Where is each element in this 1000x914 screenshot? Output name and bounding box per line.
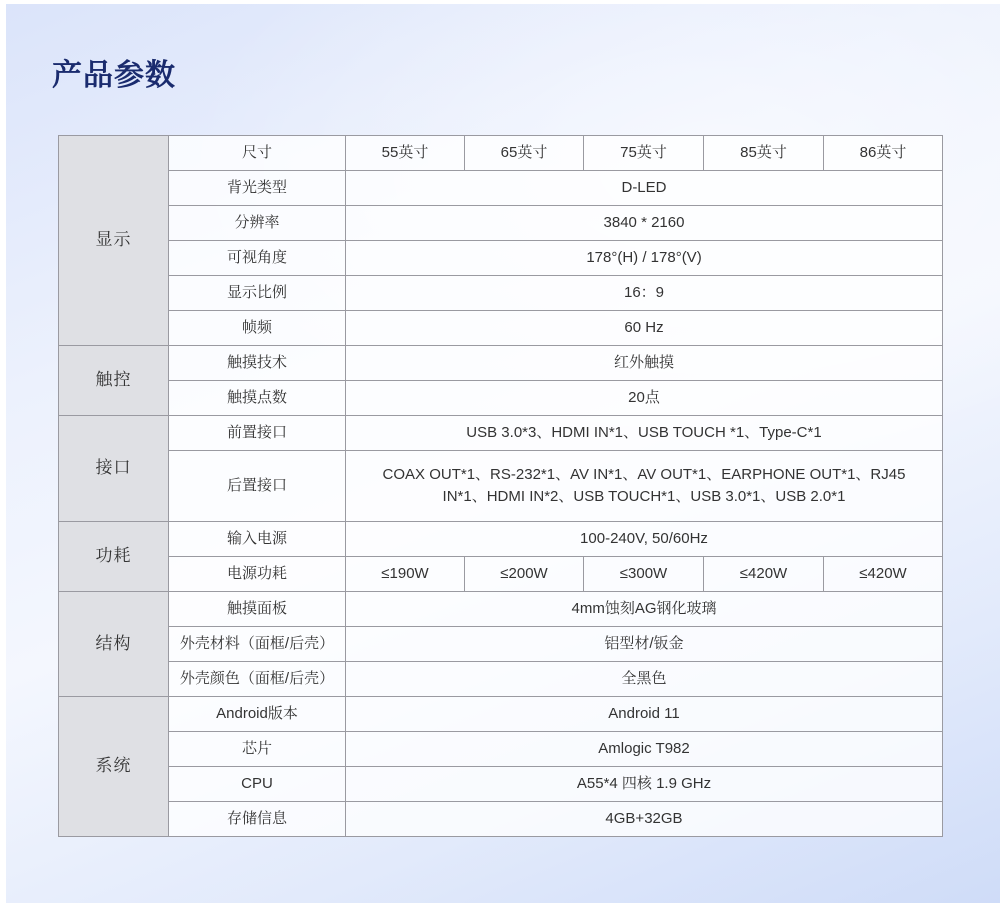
table-row: 功耗 输入电源 100-240V, 50/60Hz — [59, 522, 943, 557]
spec-label: 可视角度 — [169, 241, 346, 276]
size-header-cell: 75英寸 — [584, 136, 704, 171]
spec-value: 3840 * 2160 — [346, 206, 943, 241]
category-cell-system: 系统 — [59, 697, 169, 837]
table-row: 分辨率 3840 * 2160 — [59, 206, 943, 241]
table-row: 触摸点数 20点 — [59, 381, 943, 416]
page-title: 产品参数 — [52, 50, 176, 94]
table-row: 系统 Android版本 Android 11 — [59, 697, 943, 732]
spec-label: 外壳材料（面框/后壳） — [169, 627, 346, 662]
spec-value: 60 Hz — [346, 311, 943, 346]
power-value-cell: ≤300W — [584, 557, 704, 592]
spec-label: 后置接口 — [169, 451, 346, 522]
spec-value: COAX OUT*1、RS-232*1、AV IN*1、AV OUT*1、EAR… — [346, 451, 943, 522]
table-row: 后置接口 COAX OUT*1、RS-232*1、AV IN*1、AV OUT*… — [59, 451, 943, 522]
power-value-cell: ≤420W — [704, 557, 824, 592]
table-row: 显示比例 16：9 — [59, 276, 943, 311]
spec-label: 输入电源 — [169, 522, 346, 557]
table-row: 可视角度 178°(H) / 178°(V) — [59, 241, 943, 276]
spec-label: 触摸技术 — [169, 346, 346, 381]
size-header-cell: 85英寸 — [704, 136, 824, 171]
size-header-cell: 55英寸 — [346, 136, 465, 171]
spec-value: 全黑色 — [346, 662, 943, 697]
spec-value: 20点 — [346, 381, 943, 416]
spec-label: 显示比例 — [169, 276, 346, 311]
category-cell-touch: 触控 — [59, 346, 169, 416]
spec-label: 前置接口 — [169, 416, 346, 451]
spec-label: 尺寸 — [169, 136, 346, 171]
product-spec-page: 产品参数 显示 尺寸 55英寸 65英寸 75英寸 85英寸 86英寸 背光类型… — [0, 0, 1000, 914]
spec-label: CPU — [169, 767, 346, 802]
spec-label: 外壳颜色（面框/后壳） — [169, 662, 346, 697]
spec-table: 显示 尺寸 55英寸 65英寸 75英寸 85英寸 86英寸 背光类型 D-LE… — [58, 135, 943, 837]
spec-label: 分辨率 — [169, 206, 346, 241]
spec-value: 178°(H) / 178°(V) — [346, 241, 943, 276]
spec-value: 铝型材/钣金 — [346, 627, 943, 662]
table-row: 存储信息 4GB+32GB — [59, 802, 943, 837]
category-cell-power: 功耗 — [59, 522, 169, 592]
table-row: 结构 触摸面板 4mm蚀刻AG钢化玻璃 — [59, 592, 943, 627]
table-row: 外壳材料（面框/后壳） 铝型材/钣金 — [59, 627, 943, 662]
size-header-cell: 65英寸 — [465, 136, 584, 171]
spec-label: 芯片 — [169, 732, 346, 767]
spec-label: 电源功耗 — [169, 557, 346, 592]
spec-value: Amlogic T982 — [346, 732, 943, 767]
spec-value: 红外触摸 — [346, 346, 943, 381]
power-value-cell: ≤420W — [824, 557, 943, 592]
spec-label: 存储信息 — [169, 802, 346, 837]
spec-label: 触摸点数 — [169, 381, 346, 416]
spec-value: 4mm蚀刻AG钢化玻璃 — [346, 592, 943, 627]
power-value-cell: ≤200W — [465, 557, 584, 592]
table-row: 外壳颜色（面框/后壳） 全黑色 — [59, 662, 943, 697]
table-row: 芯片 Amlogic T982 — [59, 732, 943, 767]
spec-label: 背光类型 — [169, 171, 346, 206]
spec-value: 100-240V, 50/60Hz — [346, 522, 943, 557]
spec-value: A55*4 四核 1.9 GHz — [346, 767, 943, 802]
table-row: CPU A55*4 四核 1.9 GHz — [59, 767, 943, 802]
spec-value: USB 3.0*3、HDMI IN*1、USB TOUCH *1、Type-C*… — [346, 416, 943, 451]
spec-value: 4GB+32GB — [346, 802, 943, 837]
category-cell-display: 显示 — [59, 136, 169, 346]
table-row: 显示 尺寸 55英寸 65英寸 75英寸 85英寸 86英寸 — [59, 136, 943, 171]
category-cell-structure: 结构 — [59, 592, 169, 697]
table-row: 背光类型 D-LED — [59, 171, 943, 206]
table-row: 接口 前置接口 USB 3.0*3、HDMI IN*1、USB TOUCH *1… — [59, 416, 943, 451]
table-row: 触控 触摸技术 红外触摸 — [59, 346, 943, 381]
power-value-cell: ≤190W — [346, 557, 465, 592]
spec-label: Android版本 — [169, 697, 346, 732]
size-header-cell: 86英寸 — [824, 136, 943, 171]
category-cell-ports: 接口 — [59, 416, 169, 522]
spec-value: Android 11 — [346, 697, 943, 732]
spec-label: 帧频 — [169, 311, 346, 346]
spec-value: 16：9 — [346, 276, 943, 311]
table-row: 电源功耗 ≤190W ≤200W ≤300W ≤420W ≤420W — [59, 557, 943, 592]
spec-label: 触摸面板 — [169, 592, 346, 627]
table-row: 帧频 60 Hz — [59, 311, 943, 346]
spec-value: D-LED — [346, 171, 943, 206]
